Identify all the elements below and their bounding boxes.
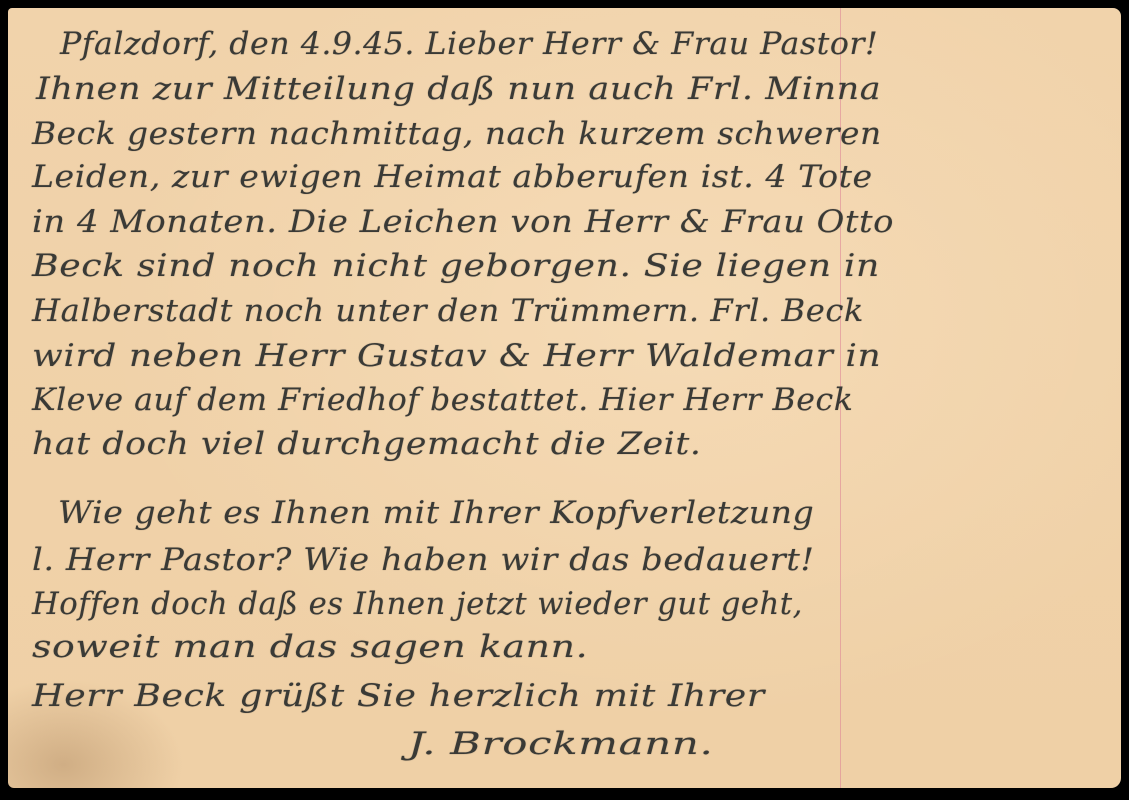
- signature: J. Brockmann.: [408, 726, 714, 762]
- text-line-7: Halberstadt noch unter den Trümmern. Frl…: [32, 293, 864, 329]
- text-line-13: Hoffen doch daß es Ihnen jetzt wieder gu…: [32, 586, 803, 622]
- text-line-10: hat doch viel durchgemacht die Zeit.: [32, 426, 701, 462]
- text-line-4: Leiden, zur ewigen Heimat abberufen ist.…: [32, 159, 873, 195]
- text-line-14: soweit man das sagen kann.: [32, 629, 588, 665]
- postcard: Pfalzdorf, den 4.9.45. Lieber Herr & Fra…: [8, 8, 1121, 788]
- text-line-15: Herr Beck grüßt Sie herzlich mit Ihrer: [32, 678, 765, 714]
- text-line-2: Ihnen zur Mitteilung daß nun auch Frl. M…: [36, 71, 881, 107]
- text-line-12: l. Herr Pastor? Wie haben wir das bedaue…: [32, 542, 815, 578]
- text-line-9: Kleve auf dem Friedhof bestattet. Hier H…: [32, 382, 853, 418]
- text-line-1: Pfalzdorf, den 4.9.45. Lieber Herr & Fra…: [60, 26, 878, 62]
- text-line-6: Beck sind noch nicht geborgen. Sie liege…: [32, 248, 880, 284]
- text-line-11: Wie geht es Ihnen mit Ihrer Kopfverletzu…: [58, 495, 814, 531]
- text-line-8: wird neben Herr Gustav & Herr Waldemar i…: [32, 338, 881, 374]
- text-line-3: Beck gestern nachmittag, nach kurzem sch…: [32, 116, 882, 152]
- text-line-5: in 4 Monaten. Die Leichen von Herr & Fra…: [32, 204, 894, 240]
- handwritten-text: Pfalzdorf, den 4.9.45. Lieber Herr & Fra…: [8, 8, 1121, 788]
